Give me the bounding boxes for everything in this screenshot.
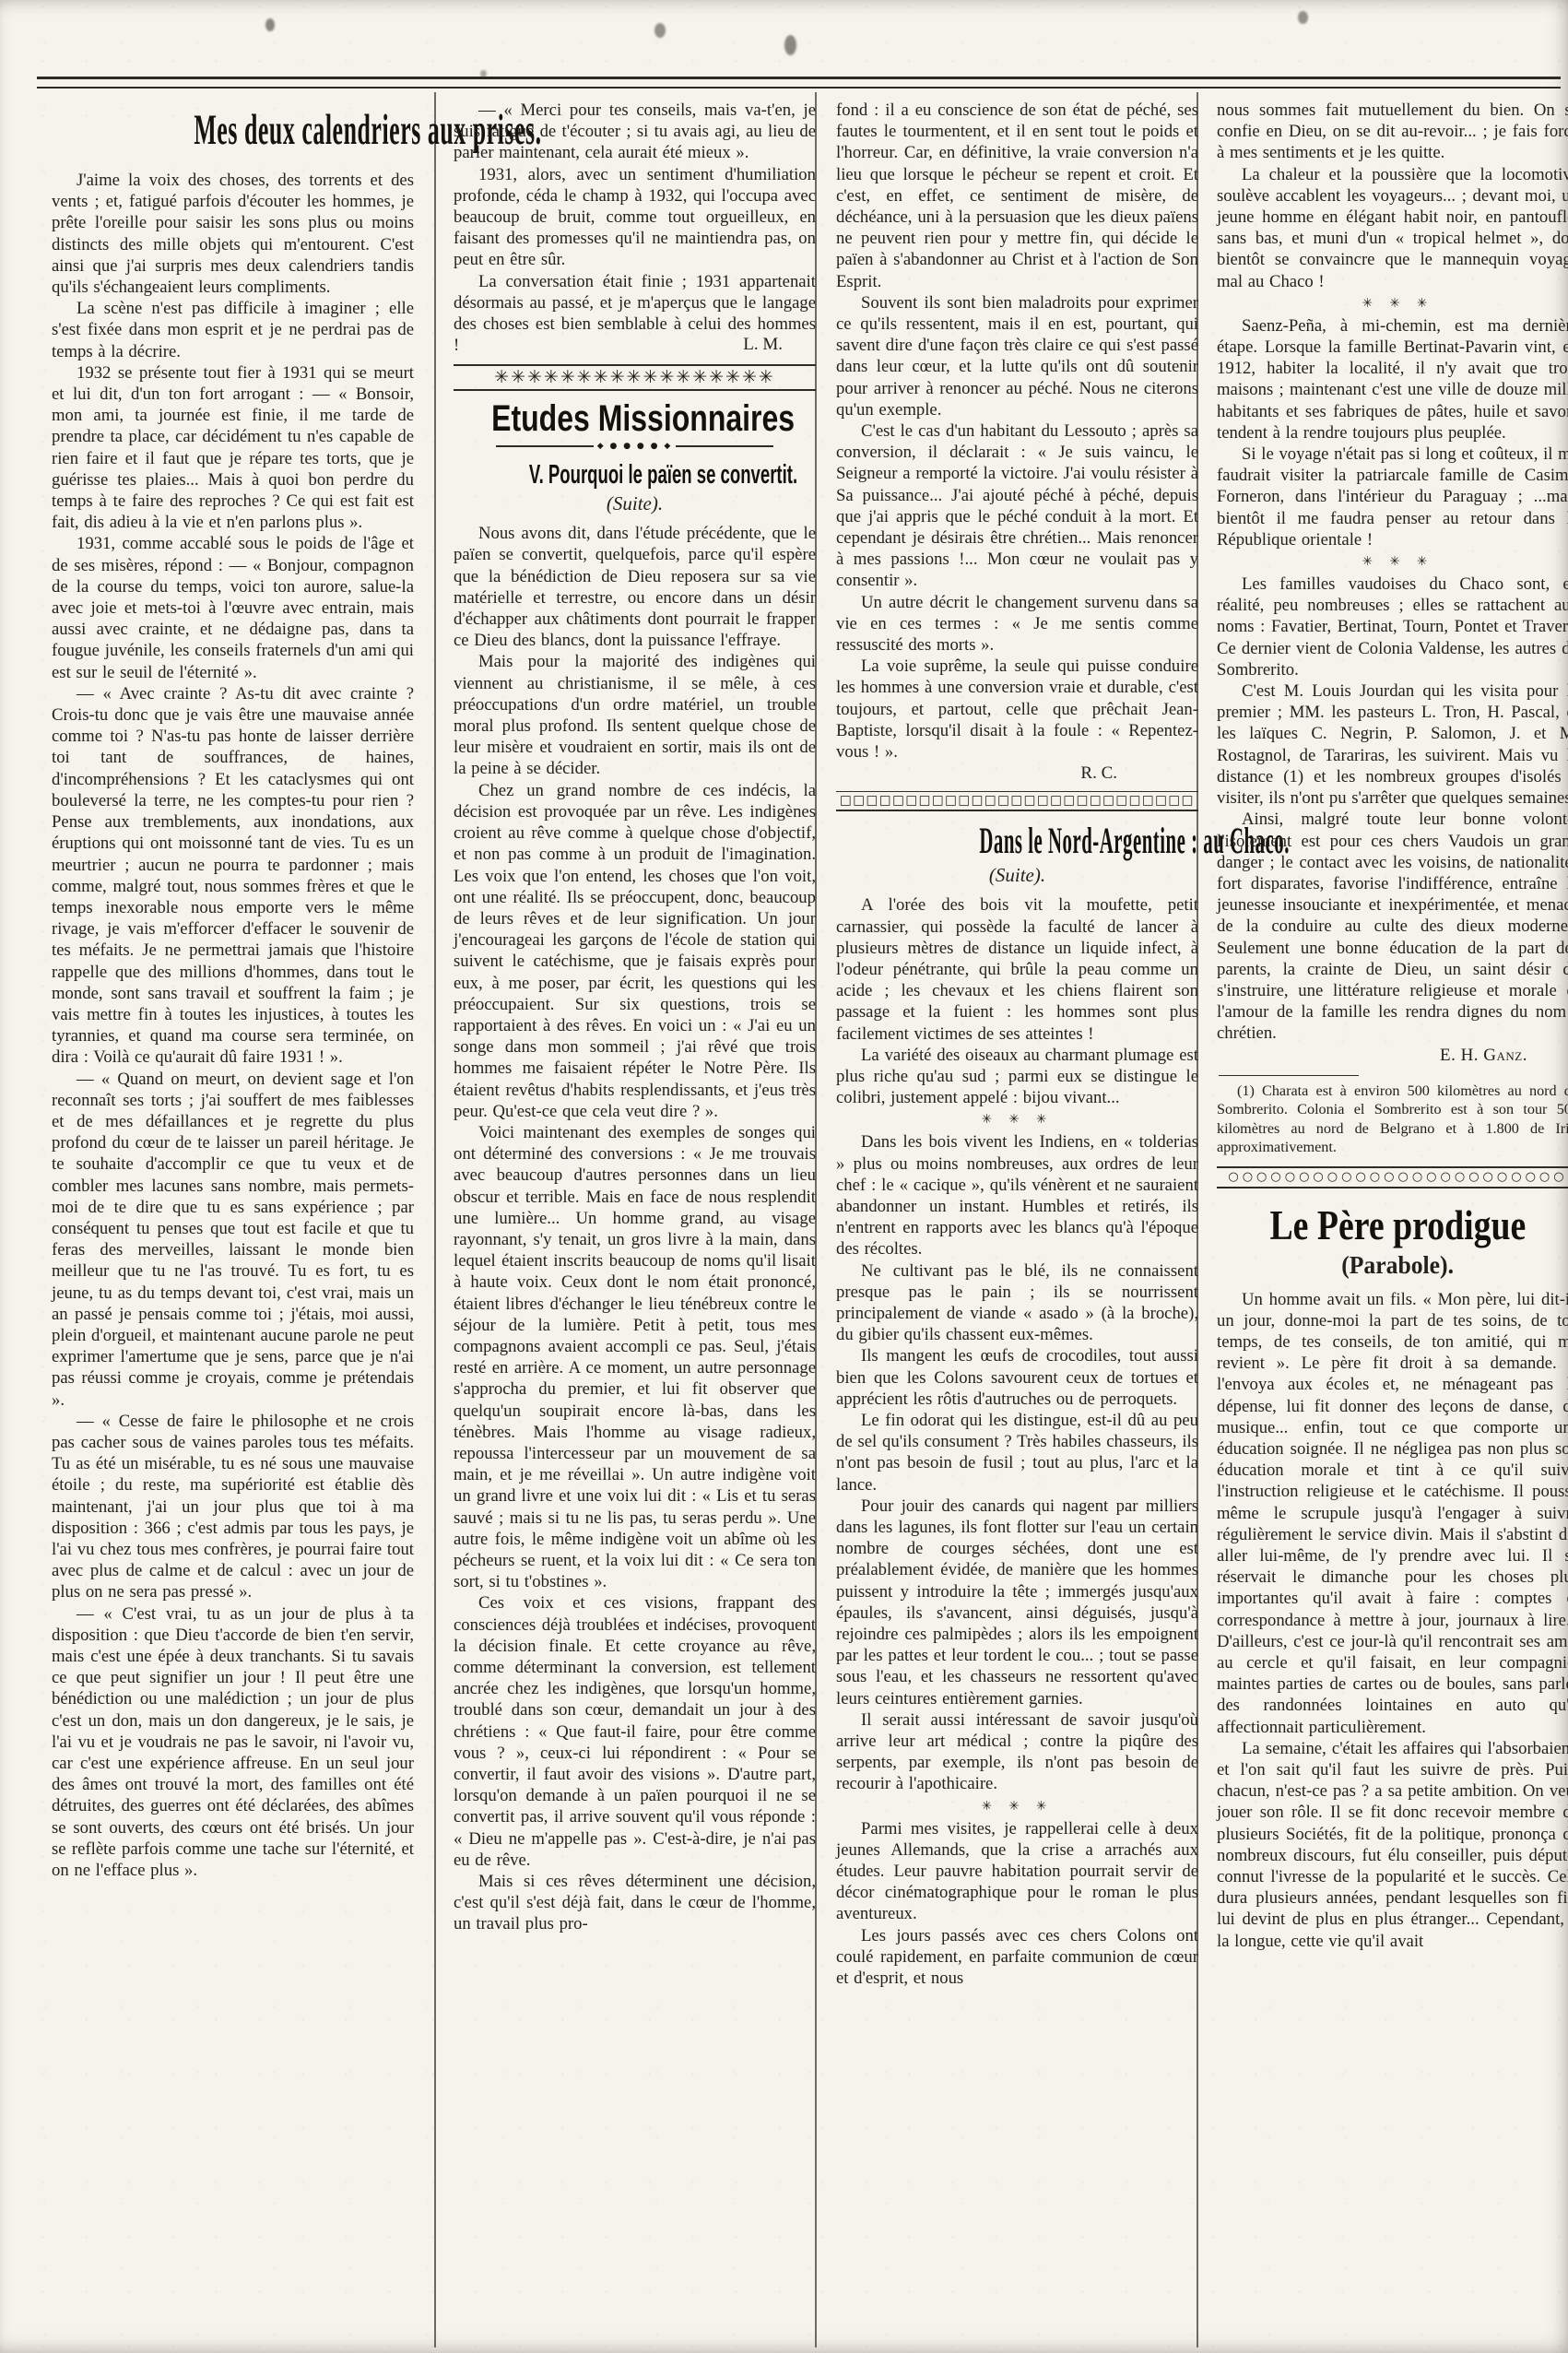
column-3: fond : il a eu conscience de son état de… [836, 100, 1198, 1989]
paragraph: Les jours passés avec ces chers Colons o… [836, 1925, 1198, 1990]
paragraph: C'est le cas d'un habitant du Lessouto ;… [836, 420, 1198, 592]
article-pourquoi-continuation: fond : il a eu conscience de son état de… [836, 100, 1198, 763]
paragraph: — « Merci pour tes conseils, mais va-t'e… [454, 100, 816, 164]
paragraph: — « Avec crainte ? As-tu dit avec craint… [52, 683, 414, 1069]
asterisk-separator: ✳ ✳ ✳ [1217, 553, 1568, 570]
article-pere-prodigue-body: Un homme avait un fils. « Mon père, lui … [1217, 1289, 1568, 1952]
article-chaco-subtitle: (Suite). [836, 864, 1198, 887]
paragraph: J'aime la voix des choses, des torrents … [52, 170, 414, 298]
ink-speck [784, 35, 796, 55]
signature-lm: L. M. [454, 335, 816, 355]
paragraph: Ces voix et ces visions, frappant des co… [454, 1592, 816, 1871]
paragraph: La scène n'est pas difficile à imaginer … [52, 298, 414, 362]
paragraph: A l'orée des bois vit la moufette, petit… [836, 894, 1198, 1044]
article-chaco-title: Dans le Nord-Argentine : au Chaco. [836, 819, 1198, 862]
footnote-rule [1219, 1075, 1359, 1076]
paragraph: Un autre décrit le changement survenu da… [836, 592, 1198, 656]
paragraph: La semaine, c'était les affaires qui l'a… [1217, 1738, 1568, 1952]
column-4: nous sommes fait mutuellement du bien. O… [1217, 100, 1568, 1952]
article-chaco-body-5: Les familles vaudoises du Chaco sont, en… [1217, 573, 1568, 1044]
signature-ganz: E. H. Ganz. [1217, 1046, 1568, 1066]
paragraph: 1931, alors, avec un sentiment d'humilia… [454, 164, 816, 271]
signature-rc: R. C. [836, 763, 1198, 784]
circle-ornament-divider: ○○○○○○○○○○○○○○○○○○○○○○○○ [1217, 1166, 1568, 1188]
paragraph: — « Cesse de faire le philosophe et ne c… [52, 1411, 414, 1603]
paragraph: Les familles vaudoises du Chaco sont, en… [1217, 573, 1568, 680]
diamond-rule-ornament: ◆ ● ● ● ● ◆ [454, 442, 816, 451]
article-pourquoi-body: Nous avons dit, dans l'étude précédente,… [454, 523, 816, 1934]
diamond-ornament-glyphs: ◆ ● ● ● ● ◆ [594, 442, 677, 451]
article-calendriers-body: J'aime la voix des choses, des torrents … [52, 170, 414, 1881]
column-2: — « Merci pour tes conseils, mais va-t'e… [454, 100, 816, 1935]
paragraph: La voie suprême, la seule qui puisse con… [836, 656, 1198, 763]
paragraph: Ainsi, malgré toute leur bonne volonté, … [1217, 809, 1568, 1044]
paragraph: 1931, comme accablé sous le poids de l'â… [52, 533, 414, 682]
asterisk-separator: ✳ ✳ ✳ [836, 1111, 1198, 1128]
paragraph: Ils mangent les œufs de crocodiles, tout… [836, 1345, 1198, 1410]
paragraph: nous sommes fait mutuellement du bien. O… [1217, 100, 1568, 164]
paragraph: Si le voyage n'était pas si long et coût… [1217, 443, 1568, 550]
article-pere-prodigue-title: Le Père prodigue [1217, 1201, 1568, 1249]
paragraph: Nous avons dit, dans l'étude précédente,… [454, 523, 816, 651]
ink-speck [265, 18, 275, 31]
column-1: Mes deux calendriers aux prises. J'aime … [52, 100, 414, 1881]
article-chaco-body-4: Saenz-Peña, à mi-chemin, est ma dernière… [1217, 315, 1568, 550]
newspaper-page: Mes deux calendriers aux prises. J'aime … [0, 0, 1568, 2353]
paragraph: Mais si ces rêves déterminent une décisi… [454, 1871, 816, 1935]
ink-speck [1298, 11, 1308, 24]
paragraph: 1932 se présente tout fier à 1931 qui se… [52, 362, 414, 534]
paragraph: Voici maintenant des exemples de songes … [454, 1122, 816, 1592]
article-chaco-body-3: Parmi mes visites, je rappellerai celle … [836, 1818, 1198, 1990]
paragraph: — « C'est vrai, tu as un jour de plus à … [52, 1603, 414, 1882]
star-ornament-divider: ✳✳✳✳✳✳✳✳✳✳✳✳✳✳✳✳✳ [454, 364, 816, 391]
paragraph: Il serait aussi intéressant de savoir ju… [836, 1709, 1198, 1795]
article-pourquoi-title: V. Pourquoi le païen se convertit. [454, 460, 816, 491]
article-pourquoi-subtitle: (Suite). [454, 492, 816, 515]
paragraph: Pour jouir des canards qui nagent par mi… [836, 1496, 1198, 1709]
paragraph: Dans les bois vivent les Indiens, en « t… [836, 1131, 1198, 1259]
paragraph: C'est M. Louis Jourdan qui les visita po… [1217, 680, 1568, 809]
section-title-etudes-missionnaires: Etudes Missionnaires [454, 398, 816, 440]
paragraph: Parmi mes visites, je rappellerai celle … [836, 1818, 1198, 1925]
paragraph: fond : il a eu conscience de son état de… [836, 100, 1198, 292]
article-chaco-body-2: Dans les bois vivent les Indiens, en « t… [836, 1131, 1198, 1794]
article-calendriers-continuation: — « Merci pour tes conseils, mais va-t'e… [454, 100, 816, 356]
paragraph: La chaleur et la poussière que la locomo… [1217, 164, 1568, 292]
paragraph: Le fin odorat qui les distingue, est-il … [836, 1410, 1198, 1496]
square-ornament-divider: □□□□□□□□□□□□□□□□□□□□□□□□□□□ [836, 791, 1198, 811]
paragraph: Saenz-Peña, à mi-chemin, est ma dernière… [1217, 315, 1568, 443]
ink-speck [654, 23, 666, 38]
paragraph: Ne cultivant pas le blé, ils ne connaiss… [836, 1260, 1198, 1346]
paragraph: Un homme avait un fils. « Mon père, lui … [1217, 1289, 1568, 1738]
article-chaco-continuation: nous sommes fait mutuellement du bien. O… [1217, 100, 1568, 292]
paragraph: Chez un grand nombre de ces indécis, la … [454, 780, 816, 1122]
paragraph: Mais pour la majorité des indigènes qui … [454, 651, 816, 779]
article-pere-prodigue-subtitle: (Parabole). [1217, 1251, 1568, 1280]
article-chaco-body-1: A l'orée des bois vit la moufette, petit… [836, 894, 1198, 1108]
article-calendriers-headline: Mes deux calendriers aux prises. [52, 105, 414, 155]
asterisk-separator: ✳ ✳ ✳ [836, 1798, 1198, 1815]
paragraph: La variété des oiseaux au charmant pluma… [836, 1045, 1198, 1109]
paragraph: Souvent ils sont bien maladroits pour ex… [836, 292, 1198, 420]
paragraph: — « Quand on meurt, on devient sage et l… [52, 1069, 414, 1411]
asterisk-separator: ✳ ✳ ✳ [1217, 295, 1568, 312]
footnote: (1) Charata est à environ 500 kilomètres… [1217, 1082, 1568, 1157]
column-rule [434, 92, 436, 2347]
masthead-double-rule [37, 77, 1561, 89]
